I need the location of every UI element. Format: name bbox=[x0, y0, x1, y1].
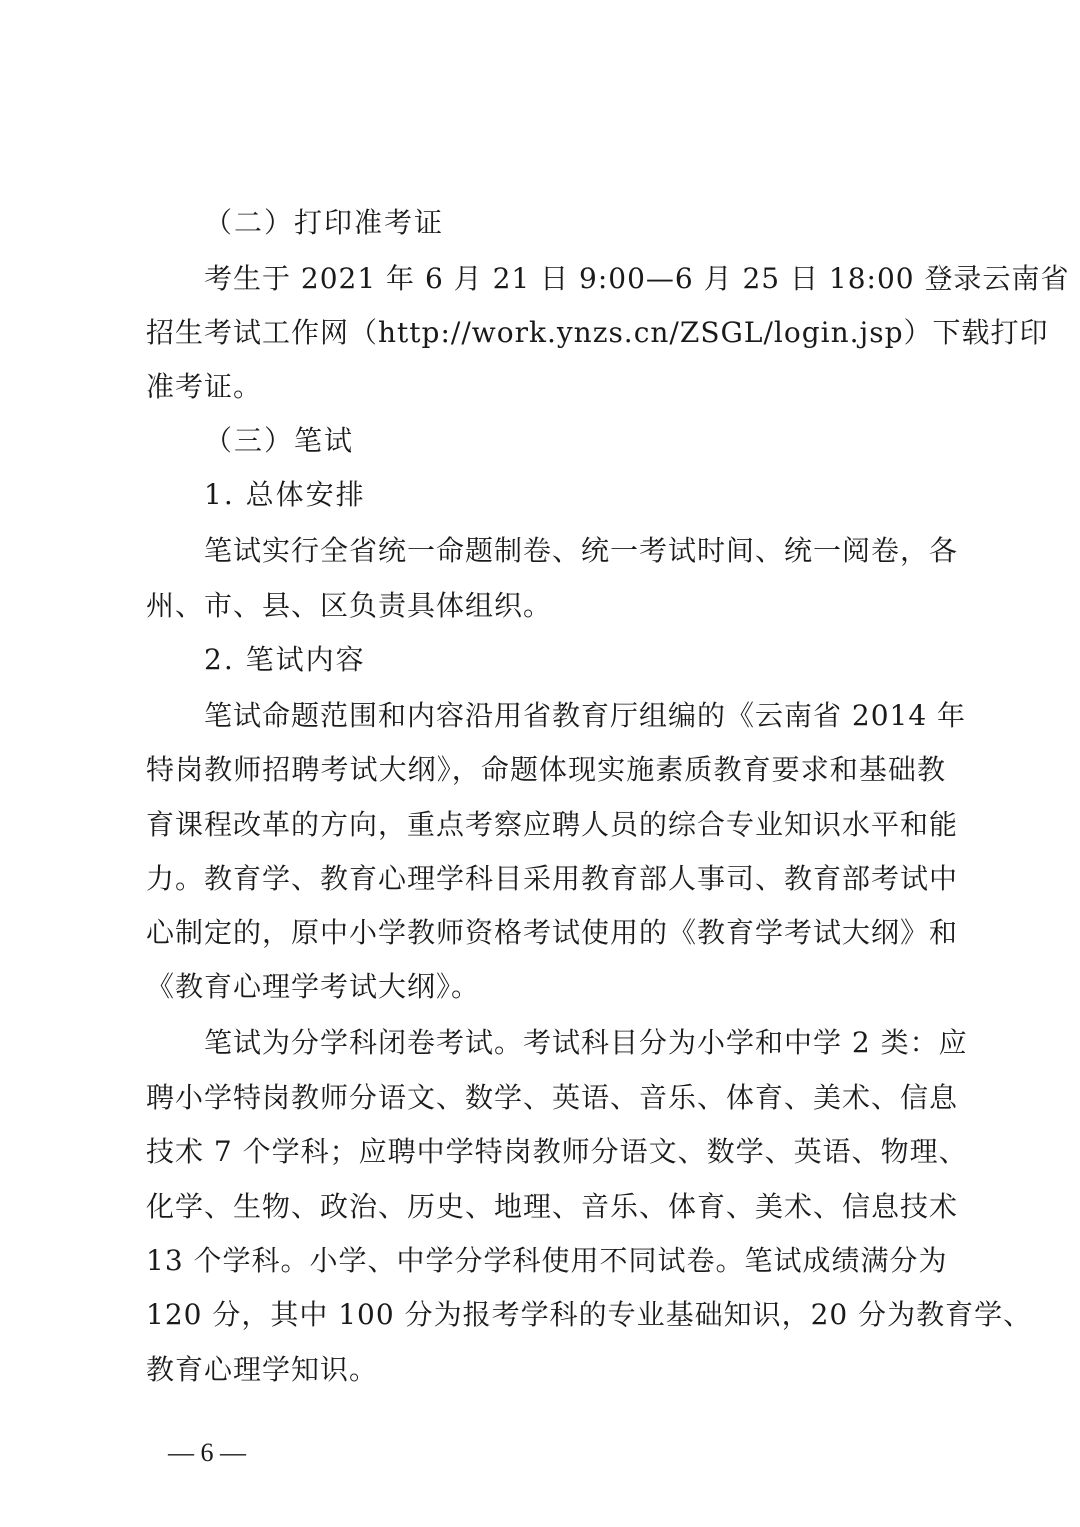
paragraph-line: 州、市、县、区负责具体组织。 bbox=[146, 588, 946, 624]
paragraph-line: 教育心理学知识。 bbox=[146, 1352, 946, 1388]
paragraph-line: 《教育心理学考试大纲》。 bbox=[146, 969, 946, 1005]
paragraph-line: 力。教育学、教育心理学科目采用教育部人事司、教育部考试中 bbox=[146, 861, 946, 897]
section-heading-print-ticket: （二）打印准考证 bbox=[204, 205, 946, 241]
page-number: — 6 — bbox=[168, 1436, 246, 1470]
paragraph-line: 特岗教师招聘考试大纲》，命题体现实施素质教育要求和基础教 bbox=[146, 752, 946, 788]
paragraph-line: 聘小学特岗教师分语文、数学、英语、音乐、体育、美术、信息 bbox=[146, 1080, 946, 1116]
paragraph-line: 心制定的，原中小学教师资格考试使用的《教育学考试大纲》和 bbox=[146, 915, 946, 951]
subsection-heading-overall-arrangement: 1. 总体安排 bbox=[204, 477, 946, 513]
paragraph-line: 技术 7 个学科；应聘中学特岗教师分语文、数学、英语、物理、 bbox=[146, 1134, 946, 1170]
subsection-heading-exam-content: 2. 笔试内容 bbox=[204, 642, 946, 678]
paragraph-line: 笔试为分学科闭卷考试。考试科目分为小学和中学 2 类：应 bbox=[204, 1025, 946, 1061]
paragraph-line: 考生于 2021 年 6 月 21 日 9:00—6 月 25 日 18:00 … bbox=[204, 261, 946, 297]
paragraph-line: 笔试命题范围和内容沿用省教育厅组编的《云南省 2014 年 bbox=[204, 698, 946, 734]
paragraph-line: 笔试实行全省统一命题制卷、统一考试时间、统一阅卷，各 bbox=[204, 533, 946, 569]
section-heading-written-exam: （三）笔试 bbox=[204, 423, 946, 459]
paragraph-line: 化学、生物、政治、历史、地理、音乐、体育、美术、信息技术 bbox=[146, 1189, 946, 1225]
paragraph-line: 准考证。 bbox=[146, 369, 946, 405]
paragraph-line: 13 个学科。小学、中学分学科使用不同试卷。笔试成绩满分为 bbox=[146, 1243, 946, 1279]
document-page: （二）打印准考证 考生于 2021 年 6 月 21 日 9:00—6 月 25… bbox=[0, 0, 1080, 1527]
paragraph-line: 120 分，其中 100 分为报考学科的专业基础知识，20 分为教育学、 bbox=[146, 1297, 946, 1333]
paragraph-line: 育课程改革的方向，重点考察应聘人员的综合专业知识水平和能 bbox=[146, 807, 946, 843]
paragraph-line: 招生考试工作网（http://work.ynzs.cn/ZSGL/login.j… bbox=[146, 315, 946, 351]
